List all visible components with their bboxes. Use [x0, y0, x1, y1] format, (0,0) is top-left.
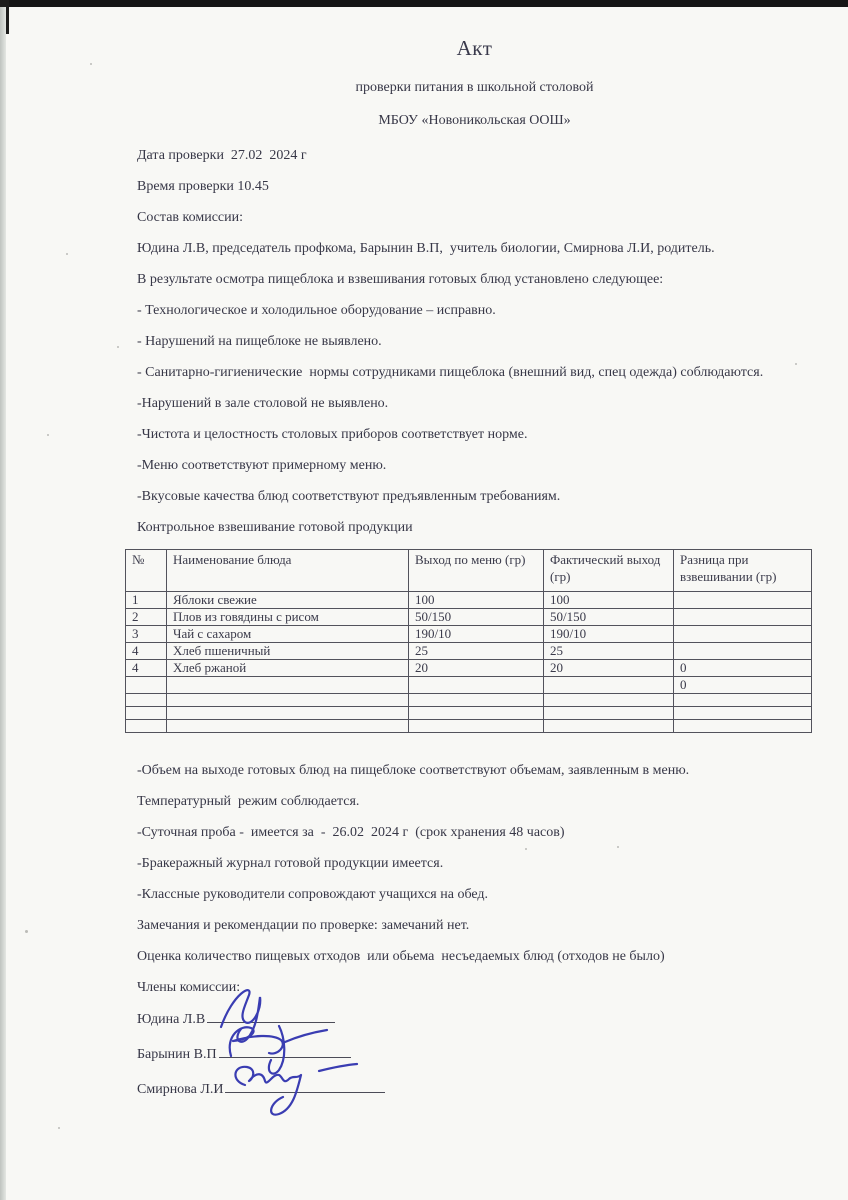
table-row: 4 Хлеб ржаной 20 20 0: [126, 660, 812, 677]
paragraph-conclusion: -Суточная проба - имеется за - 26.02 202…: [137, 823, 812, 842]
paragraph-table-title: Контрольное взвешивание готовой продукци…: [137, 518, 812, 537]
signature-name: Смирнова Л.И: [137, 1082, 223, 1098]
paragraph-intro: В результате осмотра пищеблока и взвешив…: [137, 270, 812, 289]
paragraph-finding: - Нарушений на пищеблоке не выявлено.: [137, 332, 812, 351]
table-cell: [167, 677, 409, 694]
table-cell: [167, 720, 409, 733]
table-row: [126, 694, 812, 707]
table-cell: 2: [126, 609, 167, 626]
table-cell: 20: [544, 660, 674, 677]
table-cell: [409, 694, 544, 707]
scan-speck: [117, 346, 119, 348]
document-content: Акт проверки питания в школьной столовой…: [137, 36, 812, 1114]
table-header-cell: Разница при взвешивании (гр): [674, 550, 812, 592]
table-cell: 190/10: [544, 626, 674, 643]
table-cell: [674, 609, 812, 626]
table-row: 0: [126, 677, 812, 694]
table-cell: Хлеб ржаной: [167, 660, 409, 677]
table-cell: [409, 720, 544, 733]
table-cell: [126, 694, 167, 707]
table-cell: Чай с сахаром: [167, 626, 409, 643]
table-row: [126, 720, 812, 733]
scan-speck: [90, 63, 92, 65]
table-cell: [674, 694, 812, 707]
table-row: 4 Хлеб пшеничный 25 25: [126, 643, 812, 660]
table-header-cell: Фактический выход (гр): [544, 550, 674, 592]
signature-name: Юдина Л.В: [137, 1012, 205, 1028]
signature-block: Юдина Л.В Барынин В.П Смирнова Л.И: [137, 1009, 812, 1114]
paragraph-finding: -Меню соответствуют примерному меню.: [137, 456, 812, 475]
paragraph-conclusion: -Классные руководители сопровождают учащ…: [137, 885, 812, 904]
table-cell: [167, 694, 409, 707]
weighing-table: № Наименование блюда Выход по меню (гр) …: [125, 549, 812, 733]
table-row: 1 Яблоки свежие 100 100: [126, 592, 812, 609]
scan-edge-top: [0, 0, 848, 7]
doc-school-name: МБОУ «Новоникольская ООШ»: [137, 113, 812, 129]
paragraph-remarks: Замечания и рекомендации по проверке: за…: [137, 916, 812, 935]
paragraph-finding: - Технологическое и холодильное оборудов…: [137, 301, 812, 320]
table-cell: [544, 677, 674, 694]
paragraph-date: Дата проверки 27.02 2024 г: [137, 146, 812, 165]
table-cell: 100: [544, 592, 674, 609]
table-cell: 1: [126, 592, 167, 609]
table-cell: [544, 707, 674, 720]
scan-speck: [66, 253, 68, 255]
scanned-document-page: Акт проверки питания в школьной столовой…: [0, 0, 848, 1200]
table-cell: Хлеб пшеничный: [167, 643, 409, 660]
paragraph-finding: -Вкусовые качества блюд соответствуют пр…: [137, 487, 812, 506]
table-cell: Яблоки свежие: [167, 592, 409, 609]
table-cell: [409, 677, 544, 694]
table-cell: 25: [544, 643, 674, 660]
table-header-cell: Выход по меню (гр): [409, 550, 544, 592]
table-row: 3 Чай с сахаром 190/10 190/10: [126, 626, 812, 643]
signature-line: [219, 1044, 351, 1058]
signature-row: Смирнова Л.И: [137, 1079, 812, 1114]
table-row: [126, 707, 812, 720]
table-cell: 190/10: [409, 626, 544, 643]
scan-edge-left: [0, 7, 6, 1200]
paragraph-members-heading: Члены комиссии:: [137, 978, 812, 997]
paragraph-conclusion: Температурный режим соблюдается.: [137, 792, 812, 811]
table-cell: [544, 694, 674, 707]
scan-speck: [25, 930, 28, 933]
paragraph-members: Юдина Л.В, председатель профкома, Барыни…: [137, 239, 812, 258]
table-cell: [126, 707, 167, 720]
scan-speck: [58, 1127, 60, 1129]
table-cell: 0: [674, 677, 812, 694]
table-cell: 100: [409, 592, 544, 609]
paragraph-conclusion: -Бракеражный журнал готовой продукции им…: [137, 854, 812, 873]
signature-name: Барынин В.П: [137, 1047, 217, 1063]
table-cell: Плов из говядины с рисом: [167, 609, 409, 626]
paragraph-conclusion: -Объем на выходе готовых блюд на пищебло…: [137, 761, 812, 780]
scan-speck: [47, 434, 49, 436]
table-header-row: № Наименование блюда Выход по меню (гр) …: [126, 550, 812, 592]
table-cell: [674, 592, 812, 609]
paragraph-finding: -Чистота и целостность столовых приборов…: [137, 425, 812, 444]
doc-title: Акт: [137, 36, 812, 61]
signature-row: Юдина Л.В: [137, 1009, 812, 1044]
paragraph-time: Время проверки 10.45: [137, 177, 812, 196]
table-cell: 20: [409, 660, 544, 677]
paragraph-finding: - Санитарно-гигиенические нормы сотрудни…: [137, 363, 812, 382]
table-cell: [126, 677, 167, 694]
signature-line: [225, 1079, 385, 1093]
table-row: 2 Плов из говядины с рисом 50/150 50/150: [126, 609, 812, 626]
table-cell: 0: [674, 660, 812, 677]
table-cell: 50/150: [409, 609, 544, 626]
paragraph-commission: Состав комиссии:: [137, 208, 812, 227]
table-cell: [674, 707, 812, 720]
signature-row: Барынин В.П: [137, 1044, 812, 1079]
paragraph-waste-note: Оценка количество пищевых отходов или об…: [137, 947, 812, 966]
table-cell: 25: [409, 643, 544, 660]
table-cell: 4: [126, 660, 167, 677]
signature-line: [207, 1009, 335, 1023]
table-cell: 50/150: [544, 609, 674, 626]
table-cell: [409, 707, 544, 720]
table-cell: 3: [126, 626, 167, 643]
table-cell: [126, 720, 167, 733]
paragraph-finding: -Нарушений в зале столовой не выявлено.: [137, 394, 812, 413]
doc-subtitle: проверки питания в школьной столовой: [137, 80, 812, 96]
table-cell: [544, 720, 674, 733]
table-cell: [674, 720, 812, 733]
table-cell: 4: [126, 643, 167, 660]
table-cell: [167, 707, 409, 720]
table-header-cell: №: [126, 550, 167, 592]
table-cell: [674, 626, 812, 643]
table-cell: [674, 643, 812, 660]
table-header-cell: Наименование блюда: [167, 550, 409, 592]
